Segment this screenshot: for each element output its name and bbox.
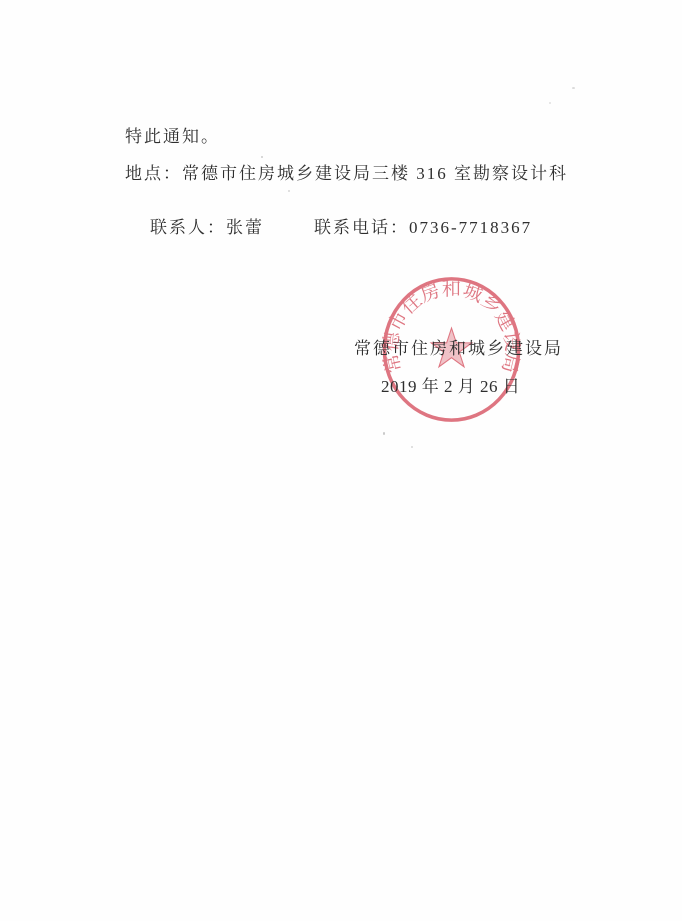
location-line: 地点：常德市住房城乡建设局三楼 316 室勘察设计科 — [125, 164, 568, 184]
scan-speck — [572, 87, 575, 89]
notice-document-page: 特此通知。 地点：常德市住房城乡建设局三楼 316 室勘察设计科 联系人：张蕾联… — [0, 0, 682, 921]
signature-date: 2019 年 2 月 26 日 — [381, 377, 520, 397]
scan-speck — [383, 432, 385, 435]
contact-phone: 联系电话：0736-7718367 — [314, 218, 532, 237]
contact-person: 联系人：张蕾 — [150, 218, 264, 237]
seal-arc-text: 常德市住房和城乡建设局 — [380, 277, 523, 375]
scan-speck — [549, 102, 551, 104]
contact-line: 联系人：张蕾联系电话：0736-7718367 — [125, 198, 532, 258]
scan-speck — [288, 190, 290, 192]
signature-organization: 常德市住房和城乡建设局 — [354, 339, 563, 359]
seal-arc-text-holder: 常德市住房和城乡建设局 — [380, 277, 523, 375]
closing-line: 特此通知。 — [125, 127, 220, 147]
scan-speck — [261, 156, 263, 158]
scan-speck — [411, 446, 413, 448]
